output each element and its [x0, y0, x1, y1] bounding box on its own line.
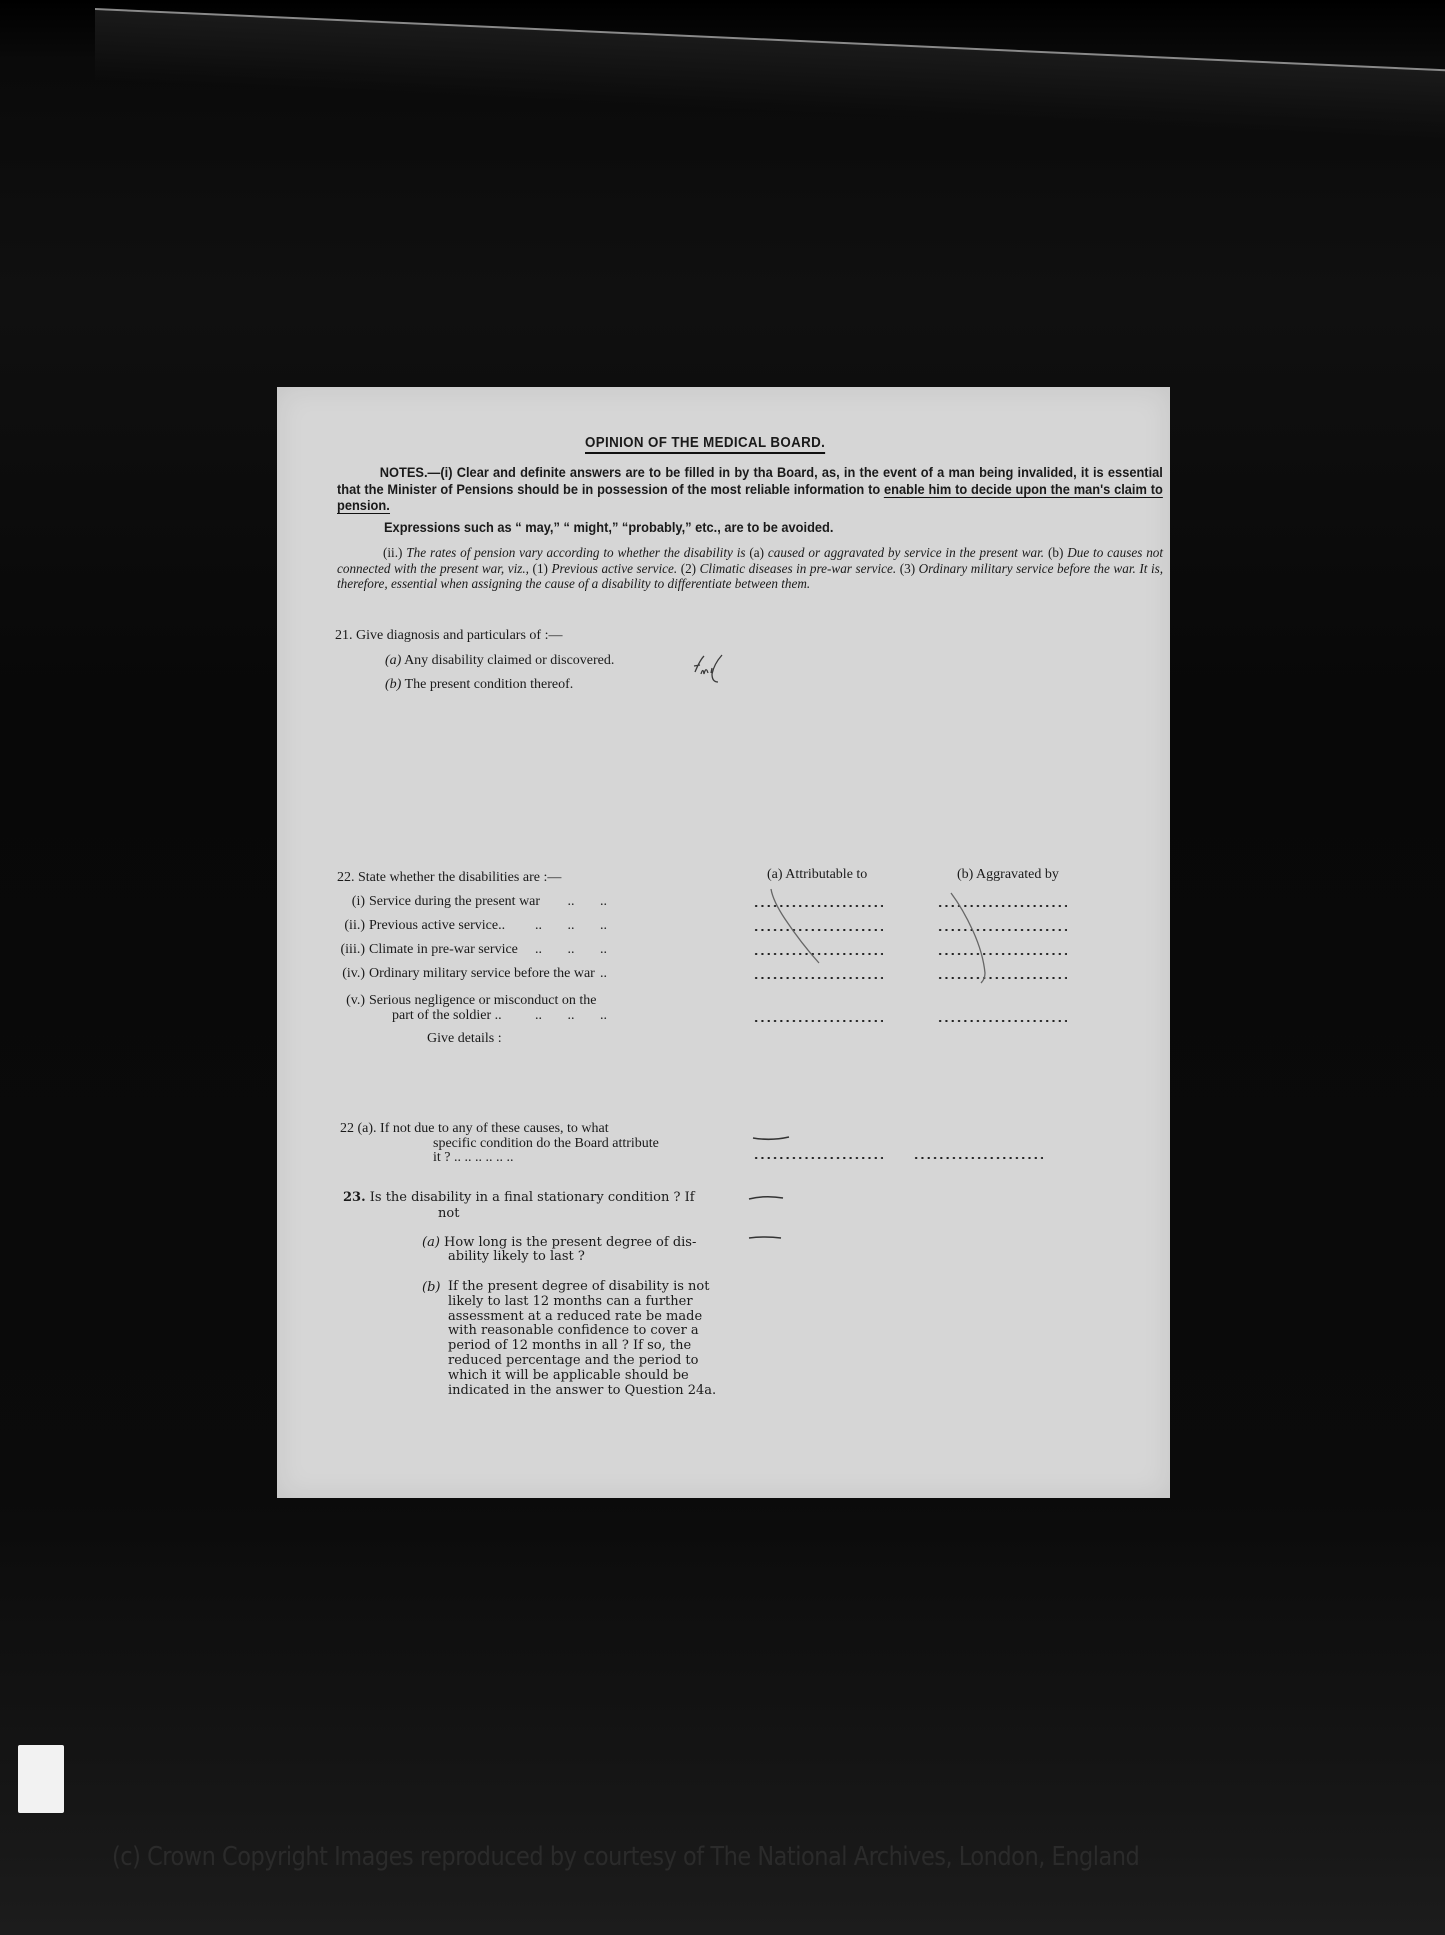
q22-number: 22. — [337, 870, 355, 885]
q22-row-leader: .. .. — [568, 893, 608, 910]
q23-text: Is the disability in a final stationary … — [370, 1190, 695, 1205]
q23-b-line: reduced percentage and the period to — [448, 1354, 716, 1369]
q22-row-text: Serious negligence or misconduct on the — [369, 993, 596, 1008]
notes-ii-b: (b) — [1048, 545, 1063, 560]
q23-handwritten-dash — [747, 1192, 797, 1204]
q22-row-leader: .. .. .. — [535, 917, 607, 934]
q22a-number: 22 (a). — [340, 1121, 377, 1136]
q22a-answer-line-a[interactable] — [753, 1157, 883, 1159]
q23: 23. Is the disability in a final station… — [343, 1190, 695, 1221]
q23-a-label: (a) — [422, 1235, 440, 1250]
q22-text: State whether the disabilities are :— — [358, 870, 561, 885]
q22-row: (ii.)Previous active service.... .. .. — [277, 917, 607, 934]
q21-b-text: The present condition thereof. — [405, 677, 574, 692]
notes-ii-1: (1) — [533, 561, 548, 576]
notes-label: NOTES. — [380, 465, 428, 480]
q22-row-text-2: part of the soldier .... .. .. — [277, 1007, 607, 1024]
q23-text-2: not — [343, 1206, 695, 1222]
q22-row: (iii.)Climate in pre-war service.. .. .. — [277, 941, 607, 958]
q22-row: (iv.)Ordinary military service before th… — [277, 965, 607, 982]
copyright-watermark: (c) Crown Copyright Images reproduced by… — [112, 1842, 1293, 1872]
q21-b: (b) The present condition thereof. — [385, 676, 573, 693]
notes-expressions: Expressions such as “ may,” “ might,” “p… — [384, 520, 833, 535]
q22-handwritten-strikethrough — [757, 887, 1057, 997]
q22-row-text: Service during the present war — [369, 894, 540, 909]
q23-b-line: assessment at a reduced rate be made — [448, 1310, 716, 1325]
q23-a-handwritten-dash — [747, 1232, 797, 1244]
q23-b-line: If the present degree of disability is n… — [448, 1280, 716, 1295]
q22-column-attributable: (a) Attributable to — [767, 867, 867, 883]
q22-row-text: Climate in pre-war service — [369, 942, 518, 957]
q23-a-text-2: ability likely to last ? — [422, 1249, 722, 1265]
q22-row-label: (iii.) — [329, 941, 365, 958]
notes-ii-label: (ii.) — [383, 545, 402, 560]
q22-attributable-answer-line[interactable] — [753, 1020, 883, 1022]
q22a-handwritten-dash — [751, 1132, 811, 1144]
q23-b-line: which it will be applicable should be — [448, 1369, 716, 1384]
notes-ii-2: (2) — [681, 561, 696, 576]
q21-text: Give diagnosis and particulars of :— — [356, 628, 562, 643]
q22a-answer-line-b[interactable] — [913, 1157, 1043, 1159]
q21-b-label: (b) — [385, 677, 401, 692]
q22-row-text: Previous active service.. — [369, 918, 505, 933]
q22-row-text: Ordinary military service before the war — [369, 966, 595, 981]
notes-ii-text: caused or aggravated by service in the p… — [768, 545, 1044, 560]
q22-row-label: (i) — [329, 893, 365, 910]
q23-b-text: If the present degree of disability is n… — [448, 1280, 716, 1398]
q22-heading: 22. State whether the disabilities are :… — [337, 869, 561, 886]
q23-a: (a) How long is the present degree of di… — [422, 1235, 722, 1264]
notes-ii-text: The rates of pension vary according to w… — [406, 545, 745, 560]
q21-a: (a) Any disability claimed or discovered… — [385, 652, 614, 669]
q23-b: (b) If the present degree of disability … — [422, 1280, 732, 1398]
q21-handwritten-nil — [692, 652, 752, 692]
q22-row: (v.)Serious negligence or misconduct on … — [277, 992, 607, 1024]
notes-ii-a: (a) — [749, 545, 764, 560]
q23-a-text: How long is the present degree of dis- — [444, 1235, 696, 1250]
q23-number: 23. — [343, 1190, 366, 1205]
q22-row-leader: .. — [600, 965, 607, 982]
q23-b-line: period of 12 months in all ? If so, the — [448, 1339, 716, 1354]
q23-b-line: likely to last 12 months can a further — [448, 1295, 716, 1310]
q22-row-leader: .. .. .. — [535, 941, 607, 958]
document-page: OPINION OF THE MEDICAL BOARD. NOTES.—(i)… — [277, 387, 1170, 1498]
q21-heading: 21. Give diagnosis and particulars of :— — [335, 627, 562, 644]
q22-row-label: (ii.) — [329, 917, 365, 934]
q22-row-label: (iv.) — [329, 965, 365, 982]
q23-b-line: with reasonable confidence to cover a — [448, 1324, 716, 1339]
page-title: OPINION OF THE MEDICAL BOARD. — [585, 435, 825, 454]
q22a-text: If not due to any of these causes, to wh… — [380, 1121, 609, 1136]
q23-b-label: (b) — [422, 1280, 448, 1398]
notes-ii-text: Climatic diseases in pre-war service. — [700, 561, 897, 576]
q22-row: (i)Service during the present war.. .. — [277, 893, 607, 910]
notes-part-ii: (ii.) The rates of pension vary accordin… — [337, 545, 1163, 592]
scan-target-tag — [18, 1745, 64, 1813]
q23-b-line: indicated in the answer to Question 24a. — [448, 1384, 716, 1399]
notes-part-i: NOTES.—(i) Clear and definite answers ar… — [337, 465, 1163, 515]
notes-ii-3: (3) — [900, 561, 915, 576]
notes-ii-text: Previous active service. — [552, 561, 678, 576]
q22-aggravated-answer-line[interactable] — [937, 1020, 1067, 1022]
q21-a-text: Any disability claimed or discovered. — [404, 653, 614, 668]
q21-number: 21. — [335, 628, 353, 643]
q22a: 22 (a). If not due to any of these cause… — [340, 1120, 670, 1166]
q22-column-aggravated: (b) Aggravated by — [957, 867, 1059, 883]
q21-a-label: (a) — [385, 653, 401, 668]
q22-give-details: Give details : — [427, 1030, 502, 1047]
